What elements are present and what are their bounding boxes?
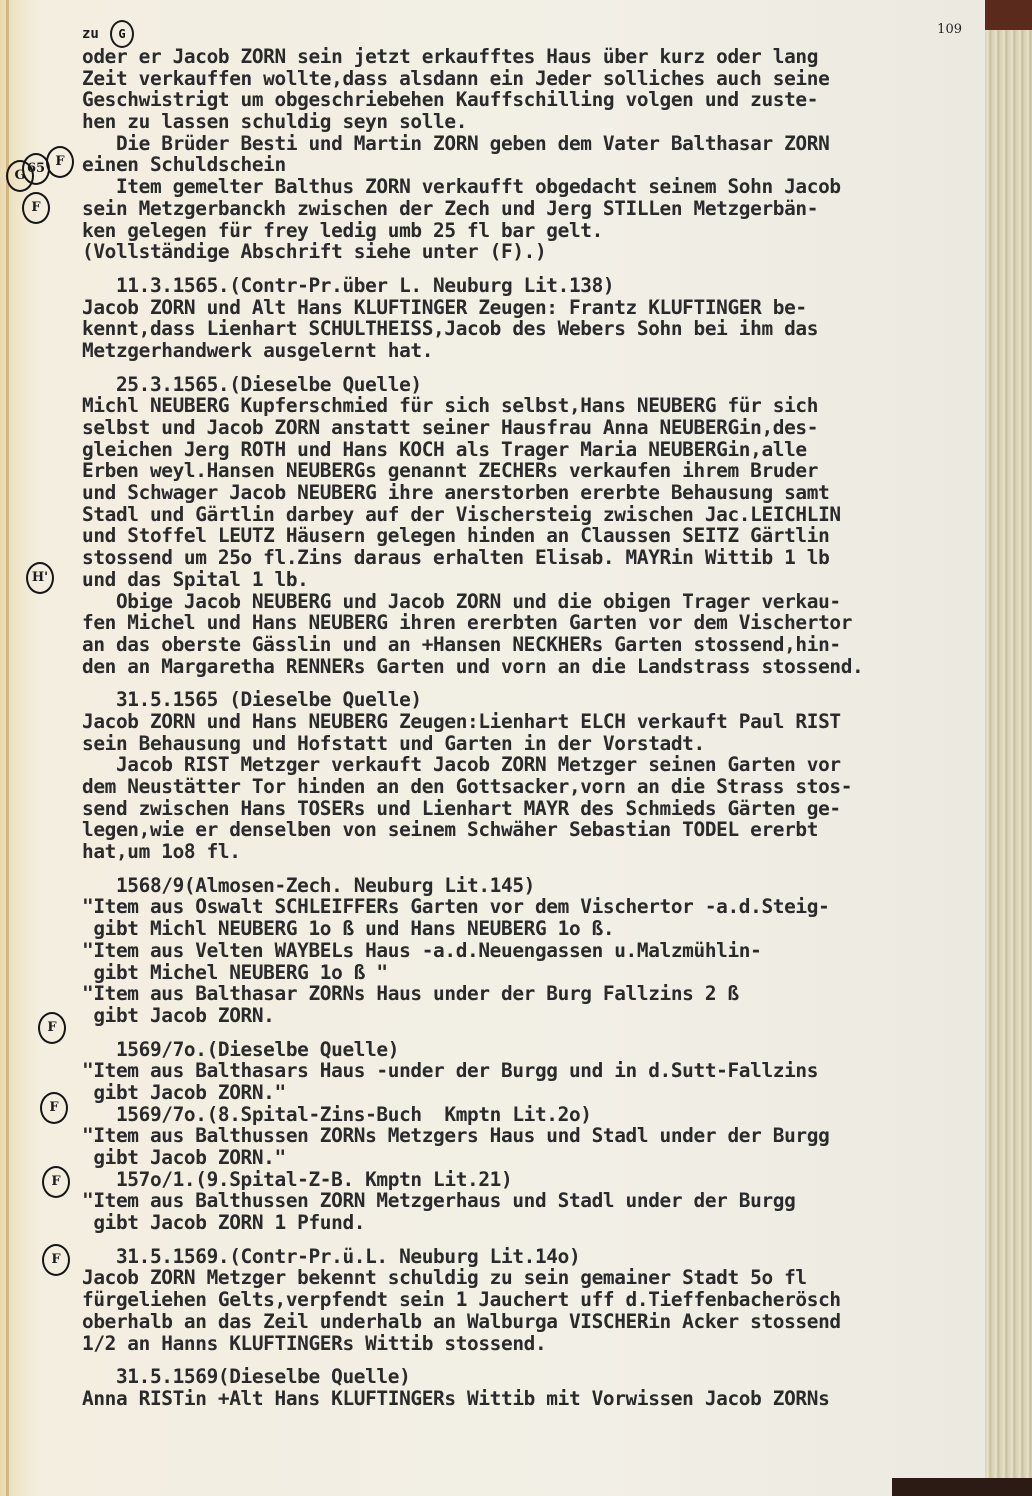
text-line: selbst und Jacob ZORN anstatt seiner Hau… [82, 417, 982, 439]
margin-mark-f: F [42, 1166, 70, 1198]
text-line: ken gelegen für frey ledig umb 25 fl bar… [82, 220, 982, 242]
text-line: 1/2 an Hanns KLUFTINGERs Wittib stossend… [82, 1333, 982, 1355]
text-line: Erben weyl.Hansen NEUBERGs genannt ZECHE… [82, 460, 982, 482]
text-line: Jacob ZORN Metzger bekennt schuldig zu s… [82, 1267, 982, 1289]
text-line: Jacob ZORN und Hans NEUBERG Zeugen:Lienh… [82, 711, 982, 733]
text-line: 31.5.1569.(Contr-Pr.ü.L. Neuburg Lit.14o… [82, 1246, 982, 1268]
page-header: zu G 109 [82, 18, 962, 48]
text-line: gibt Michel NEUBERG 1o ß " [82, 962, 982, 984]
text-line: fürgeliehen Gelts,verpfendt sein 1 Jauch… [82, 1289, 982, 1311]
text-line: "Item aus Balthussen ZORNs Metzgers Haus… [82, 1125, 982, 1147]
margin-mark-f: F [40, 1092, 68, 1124]
text-line: "Item aus Oswalt SCHLEIFFERs Garten vor … [82, 896, 982, 918]
book-page-edges [985, 0, 1032, 1496]
text-line: hat,um 1o8 fl. [82, 841, 982, 863]
text-line: oder er Jacob ZORN sein jetzt erkaufftes… [82, 46, 982, 68]
text-line: gibt Jacob ZORN." [82, 1147, 982, 1169]
text-line: Michl NEUBERG Kupferschmied für sich sel… [82, 395, 982, 417]
text-line: Stadl und Gärtlin darbey auf der Vischer… [82, 504, 982, 526]
text-line: Anna RISTin +Alt Hans KLUFTINGERs Wittib… [82, 1388, 982, 1410]
text-line: legen,wie er denselben von seinem Schwäh… [82, 819, 982, 841]
text-line: Zeit verkauffen wollte,dass alsdann ein … [82, 68, 982, 90]
text-line: an das oberste Gässlin und an +Hansen NE… [82, 634, 982, 656]
text-line: gibt Michl NEUBERG 1o ß und Hans NEUBERG… [82, 918, 982, 940]
text-line [82, 863, 982, 875]
text-line: 31.5.1569(Dieselbe Quelle) [82, 1366, 982, 1388]
margin-mark-f: F [46, 146, 74, 178]
text-line: gibt Jacob ZORN." [82, 1082, 982, 1104]
text-line: Item gemelter Balthus ZORN verkaufft obg… [82, 176, 982, 198]
text-line: und das Spital 1 lb. [82, 569, 982, 591]
text-line: Metzgerhandwerk ausgelernt hat. [82, 340, 982, 362]
text-line: "Item aus Balthasar ZORNs Haus under der… [82, 983, 982, 1005]
text-line: 157o/1.(9.Spital-Z-B. Kmptn Lit.21) [82, 1169, 982, 1191]
text-line: sein Behausung und Hofstatt und Garten i… [82, 733, 982, 755]
text-line: 31.5.1565 (Dieselbe Quelle) [82, 689, 982, 711]
text-line: sein Metzgerbanckh zwischen der Zech und… [82, 198, 982, 220]
text-line: fen Michel und Hans NEUBERG ihren ererbt… [82, 612, 982, 634]
text-line: kennt,dass Lienhart SCHULTHEISS,Jacob de… [82, 318, 982, 340]
text-line: 11.3.1565.(Contr-Pr.über L. Neuburg Lit.… [82, 275, 982, 297]
text-line: gibt Jacob ZORN. [82, 1005, 982, 1027]
typewritten-body: oder er Jacob ZORN sein jetzt erkaufftes… [82, 46, 982, 1410]
text-line [82, 362, 982, 374]
text-line [82, 1234, 982, 1246]
text-line: (Vollständige Abschrift siehe unter (F).… [82, 241, 982, 263]
text-line: Jacob ZORN und Alt Hans KLUFTINGER Zeuge… [82, 297, 982, 319]
header-circled-mark: G [110, 20, 134, 48]
text-line: dem Neustätter Tor hinden an den Gottsac… [82, 776, 982, 798]
text-line: gleichen Jerg ROTH und Hans KOCH als Tra… [82, 439, 982, 461]
text-line: send zwischen Hans TOSERs und Lienhart M… [82, 798, 982, 820]
text-line: Obige Jacob NEUBERG und Jacob ZORN und d… [82, 591, 982, 613]
margin-mark-f: F [42, 1244, 70, 1276]
margin-mark-f: F [38, 1012, 66, 1044]
text-line: hen zu lassen schuldig seyn solle. [82, 111, 982, 133]
text-line: "Item aus Balthussen ZORN Metzgerhaus un… [82, 1190, 982, 1212]
text-line: 25.3.1565.(Dieselbe Quelle) [82, 374, 982, 396]
text-line: 1569/7o.(Dieselbe Quelle) [82, 1039, 982, 1061]
text-line: Geschwistrigt um obgeschriebehen Kauffsc… [82, 89, 982, 111]
page-number: 109 [937, 22, 962, 37]
document-page: zu G 109 oder er Jacob ZORN sein jetzt e… [0, 0, 985, 1496]
text-line: oberhalb an das Zeil underhalb an Walbur… [82, 1311, 982, 1333]
text-line: den an Margaretha RENNERs Garten und vor… [82, 656, 982, 678]
text-line: und Schwager Jacob NEUBERG ihre anerstor… [82, 482, 982, 504]
margin-mark-f: F [22, 192, 50, 224]
text-line [82, 1027, 982, 1039]
text-line: 1569/7o.(8.Spital-Zins-Buch Kmptn Lit.2o… [82, 1104, 982, 1126]
text-line: stossend um 25o fl.Zins daraus erhalten … [82, 547, 982, 569]
header-prefix: zu [82, 26, 99, 42]
text-line: einen Schuldschein [82, 154, 982, 176]
margin-mark-h: H' [26, 562, 54, 594]
text-line: "Item aus Velten WAYBELs Haus -a.d.Neuen… [82, 940, 982, 962]
text-line: gibt Jacob ZORN 1 Pfund. [82, 1212, 982, 1234]
text-line: 1568/9(Almosen-Zech. Neuburg Lit.145) [82, 875, 982, 897]
text-line: Jacob RIST Metzger verkauft Jacob ZORN M… [82, 754, 982, 776]
text-line: "Item aus Balthasars Haus -under der Bur… [82, 1060, 982, 1082]
text-line: Die Brüder Besti und Martin ZORN geben d… [82, 133, 982, 155]
text-line: und Stoffel LEUTZ Häusern gelegen hinden… [82, 525, 982, 547]
